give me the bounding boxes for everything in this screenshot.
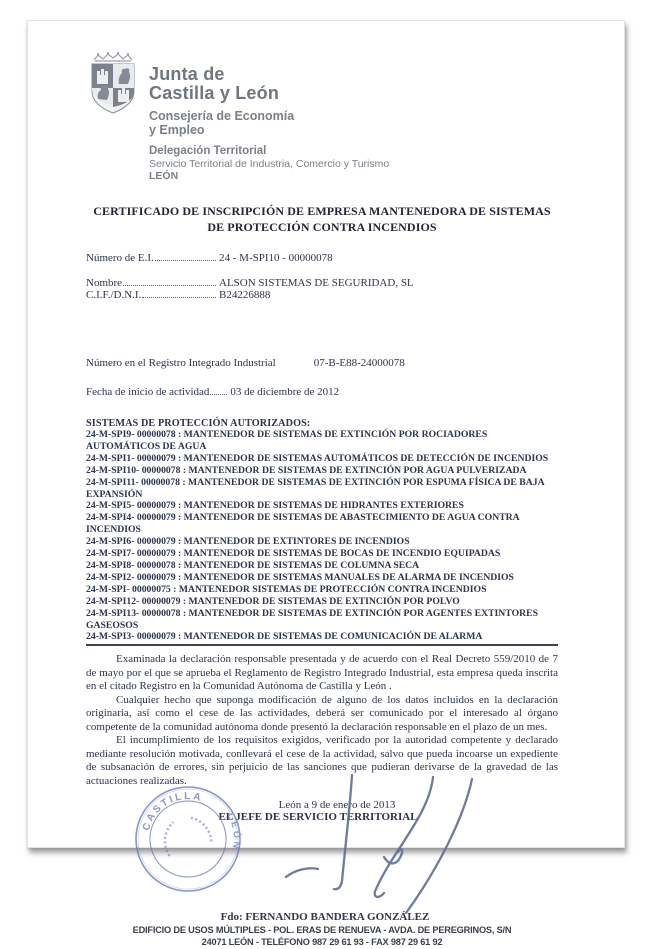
- numero-ei-value: 24 - M-SPI10 - 00000078: [219, 252, 333, 264]
- nombre-label: Nombre: [86, 277, 122, 289]
- certificate-page: Junta de Castilla y León Consejería de E…: [27, 20, 625, 848]
- paragraph: Examinada la declaración responsable pre…: [86, 653, 558, 694]
- system-item: 24-M-SPI13- 00000078 : MANTENEDOR DE SIS…: [86, 608, 558, 632]
- dotted-leader: [210, 386, 227, 395]
- handwritten-signature: [266, 757, 526, 875]
- org-name: Junta de Castilla y León: [149, 65, 389, 103]
- field-registro-industrial: Número en el Registro Integrado Industri…: [86, 357, 558, 369]
- systems-heading: SISTEMAS DE PROTECCIÓN AUTORIZADOS:: [86, 418, 558, 429]
- fecha-label: Fecha de inicio de actividad: [86, 386, 209, 398]
- paragraph: Cualquier hecho que suponga modificación…: [86, 694, 558, 735]
- coat-of-arms-icon: [88, 51, 138, 115]
- city: LEÓN: [149, 170, 389, 182]
- field-numero-ei: Número de E.I. 24 - M-SPI10 - 00000078: [86, 252, 558, 264]
- system-item: 24-M-SPI11- 00000078 : MANTENEDOR DE SIS…: [86, 477, 558, 501]
- field-nombre: Nombre ALSON SISTEMAS DE SEGURIDAD, SL: [86, 277, 558, 289]
- delegation: Delegación Territorial: [149, 145, 389, 157]
- system-item: 24-M-SPI1- 00000079 : MANTENEDOR DE SIST…: [86, 453, 558, 465]
- dotted-leader: [142, 289, 216, 298]
- system-item: 24-M-SPI4- 00000079 : MANTENEDOR DE SIST…: [86, 512, 558, 536]
- system-item: 24-M-SPI10- 00000078 : MANTENEDOR DE SIS…: [86, 465, 558, 477]
- identification-fields: Número de E.I. 24 - M-SPI10 - 00000078 N…: [86, 252, 558, 301]
- registro-label: Número en el Registro Integrado Industri…: [86, 357, 276, 369]
- dotted-leader: [155, 252, 216, 261]
- svg-text:CASTILLA: CASTILLA: [134, 786, 210, 835]
- certificate-title: CERTIFICADO DE INSCRIPCIÓN DE EMPRESA MA…: [86, 204, 558, 235]
- system-item: 24-M-SPI9- 00000078 : MANTENEDOR DE SIST…: [86, 429, 558, 453]
- dotted-leader: [123, 277, 216, 286]
- signature-zone: León a 9 de enero de 2013 EL JEFE DE SER…: [86, 799, 558, 875]
- system-item: 24-M-SPI5- 00000079 : MANTENEDOR DE SIST…: [86, 500, 558, 512]
- fecha-value: 03 de diciembre de 2012: [230, 386, 339, 398]
- separator-line: [86, 644, 558, 646]
- system-item: 24-M-SPI12- 00000079 : MANTENEDOR DE SIS…: [86, 596, 558, 608]
- system-item: 24-M-SPI8- 00000078 : MANTENEDOR DE SIST…: [86, 560, 558, 572]
- system-item: 24-M-SPI6- 00000079 : MANTENEDOR DE EXTI…: [86, 536, 558, 548]
- letterhead: Junta de Castilla y León Consejería de E…: [86, 51, 558, 182]
- system-item: 24-M-SPI7- 00000079 : MANTENEDOR DE SIST…: [86, 548, 558, 560]
- nombre-value: ALSON SISTEMAS DE SEGURIDAD, SL: [219, 277, 414, 289]
- cif-label: C.I.F./D.N.I.: [86, 289, 141, 301]
- stamp-arc-text: CASTILLA: [134, 786, 210, 835]
- cif-value: B24226888: [219, 289, 270, 301]
- service-name: Servicio Territorial de Industria, Comer…: [149, 158, 389, 170]
- authorized-systems-section: SISTEMAS DE PROTECCIÓN AUTORIZADOS: 24-M…: [86, 418, 558, 646]
- registro-value: 07-B-E88-24000078: [314, 357, 405, 369]
- numero-ei-label: Número de E.I.: [86, 252, 154, 264]
- system-item: 24-M-SPI- 00000075 : MANTENEDOR SISTEMAS…: [86, 584, 558, 596]
- department: Consejería de Economía y Empleo: [149, 110, 389, 137]
- field-cif: C.I.F./D.N.I. B24226888: [86, 289, 558, 301]
- field-fecha-inicio: Fecha de inicio de actividad03 de diciem…: [86, 386, 558, 398]
- system-item: 24-M-SPI2- 00000079 : MANTENEDOR DE SIST…: [86, 572, 558, 584]
- system-item: 24-M-SPI3- 00000079 : MANTENEDOR DE SIST…: [86, 631, 558, 643]
